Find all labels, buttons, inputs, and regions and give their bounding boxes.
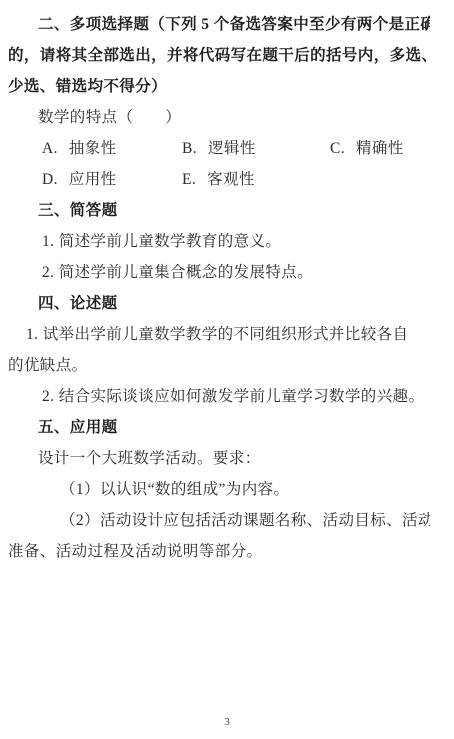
option-d: D.应用性 xyxy=(42,164,182,195)
option-e-code: E. xyxy=(182,164,196,195)
option-d-code: D. xyxy=(42,164,58,195)
option-a: A.抽象性 xyxy=(42,133,182,164)
section-essay-heading: 四、论述题 xyxy=(8,288,430,319)
section-multiple-choice-heading-line1: 二、多项选择题（下列 5 个备选答案中至少有两个是正确 xyxy=(8,9,430,40)
option-a-code: A. xyxy=(42,133,58,164)
section-multiple-choice-heading-line3: 少选、错选均不得分） xyxy=(8,71,430,102)
option-c-code: C. xyxy=(330,133,345,164)
options-row-de: D.应用性 E.客观性 xyxy=(8,164,430,195)
option-d-text: 应用性 xyxy=(69,171,117,188)
application-requirement-2-line1: （2）活动设计应包括活动课题名称、活动目标、活动 xyxy=(8,505,430,536)
option-e-text: 客观性 xyxy=(207,171,255,188)
section-application-heading: 五、应用题 xyxy=(8,412,430,443)
essay-item-1-line1: 1. 试举出学前儿童数学教学的不同组织形式并比较各自 xyxy=(8,319,430,350)
option-a-text: 抽象性 xyxy=(69,140,117,157)
short-answer-item-2: 2. 简述学前儿童集合概念的发展特点。 xyxy=(8,257,430,288)
section-short-answer-heading: 三、简答题 xyxy=(8,195,430,226)
exam-paper-page: 二、多项选择题（下列 5 个备选答案中至少有两个是正确 的，请将其全部选出，并将… xyxy=(0,0,454,567)
application-intro: 设计一个大班数学活动。要求： xyxy=(8,443,430,474)
option-b: B.逻辑性 xyxy=(182,133,330,164)
page-number: 3 xyxy=(0,716,454,728)
option-c: C.精确性 xyxy=(330,133,430,164)
option-c-text: 精确性 xyxy=(356,140,404,157)
application-requirement-1: （1）以认识“数的组成”为内容。 xyxy=(8,474,430,505)
section-multiple-choice-heading-line2: 的，请将其全部选出，并将代码写在题干后的括号内，多选、 xyxy=(8,40,430,71)
option-b-text: 逻辑性 xyxy=(208,140,256,157)
options-row-abc: A.抽象性 B.逻辑性 C.精确性 xyxy=(8,133,430,164)
option-e: E.客观性 xyxy=(182,164,430,195)
option-b-code: B. xyxy=(182,133,197,164)
short-answer-item-1: 1. 简述学前儿童数学教育的意义。 xyxy=(8,226,430,257)
essay-item-1-line2: 的优缺点。 xyxy=(8,350,430,381)
essay-item-2: 2. 结合实际谈谈应如何激发学前儿童学习数学的兴趣。 xyxy=(8,381,430,412)
application-requirement-2-line2: 准备、活动过程及活动说明等部分。 xyxy=(8,536,430,567)
question-stem: 数学的特点（ ） xyxy=(8,102,430,133)
